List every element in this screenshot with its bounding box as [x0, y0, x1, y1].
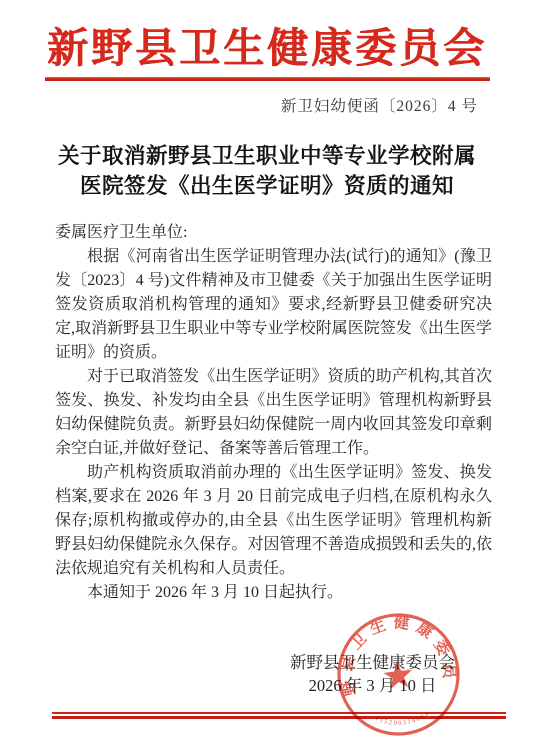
header-divider-rule	[45, 77, 490, 81]
document-number: 新卫妇幼便函〔2026〕4 号	[0, 94, 478, 116]
signature-org: 新野县卫生健康委员会	[290, 651, 455, 674]
issuing-org-header: 新野县卫生健康委员会	[20, 25, 514, 72]
footer-double-rule	[52, 712, 506, 719]
document-body: 委属医疗卫生单位: 根据《河南省出生医学证明管理办法(试行)的通知》(豫卫发〔2…	[55, 221, 492, 605]
document-title: 关于取消新野县卫生职业中等专业学校附属 医院签发《出生医学证明》资质的通知	[0, 141, 534, 201]
signature-block: 新野县卫生健康委员会 2026 年 3 月 10 日	[290, 651, 455, 697]
signature-date: 2026 年 3 月 10 日	[290, 674, 455, 697]
document-title-line-2: 医院签发《出生医学证明》资质的通知	[0, 171, 534, 201]
official-notice-document: 新野县卫生健康委员会 新卫妇幼便函〔2026〕4 号 关于取消新野县卫生职业中等…	[0, 0, 534, 745]
body-paragraph: 助产机构资质取消前办理的《出生医学证明》签发、换发档案,要求在 2026 年 3…	[55, 461, 492, 581]
salutation: 委属医疗卫生单位:	[55, 221, 492, 245]
document-title-line-1: 关于取消新野县卫生职业中等专业学校附属	[0, 141, 534, 171]
body-paragraph: 本通知于 2026 年 3 月 10 日起执行。	[55, 581, 492, 605]
body-paragraph: 对于已取消签发《出生医学证明》资质的助产机构,其首次签发、换发、补发均由全县《出…	[55, 365, 492, 461]
body-paragraph: 根据《河南省出生医学证明管理办法(试行)的通知》(豫卫发〔2023〕4 号)文件…	[55, 245, 492, 365]
